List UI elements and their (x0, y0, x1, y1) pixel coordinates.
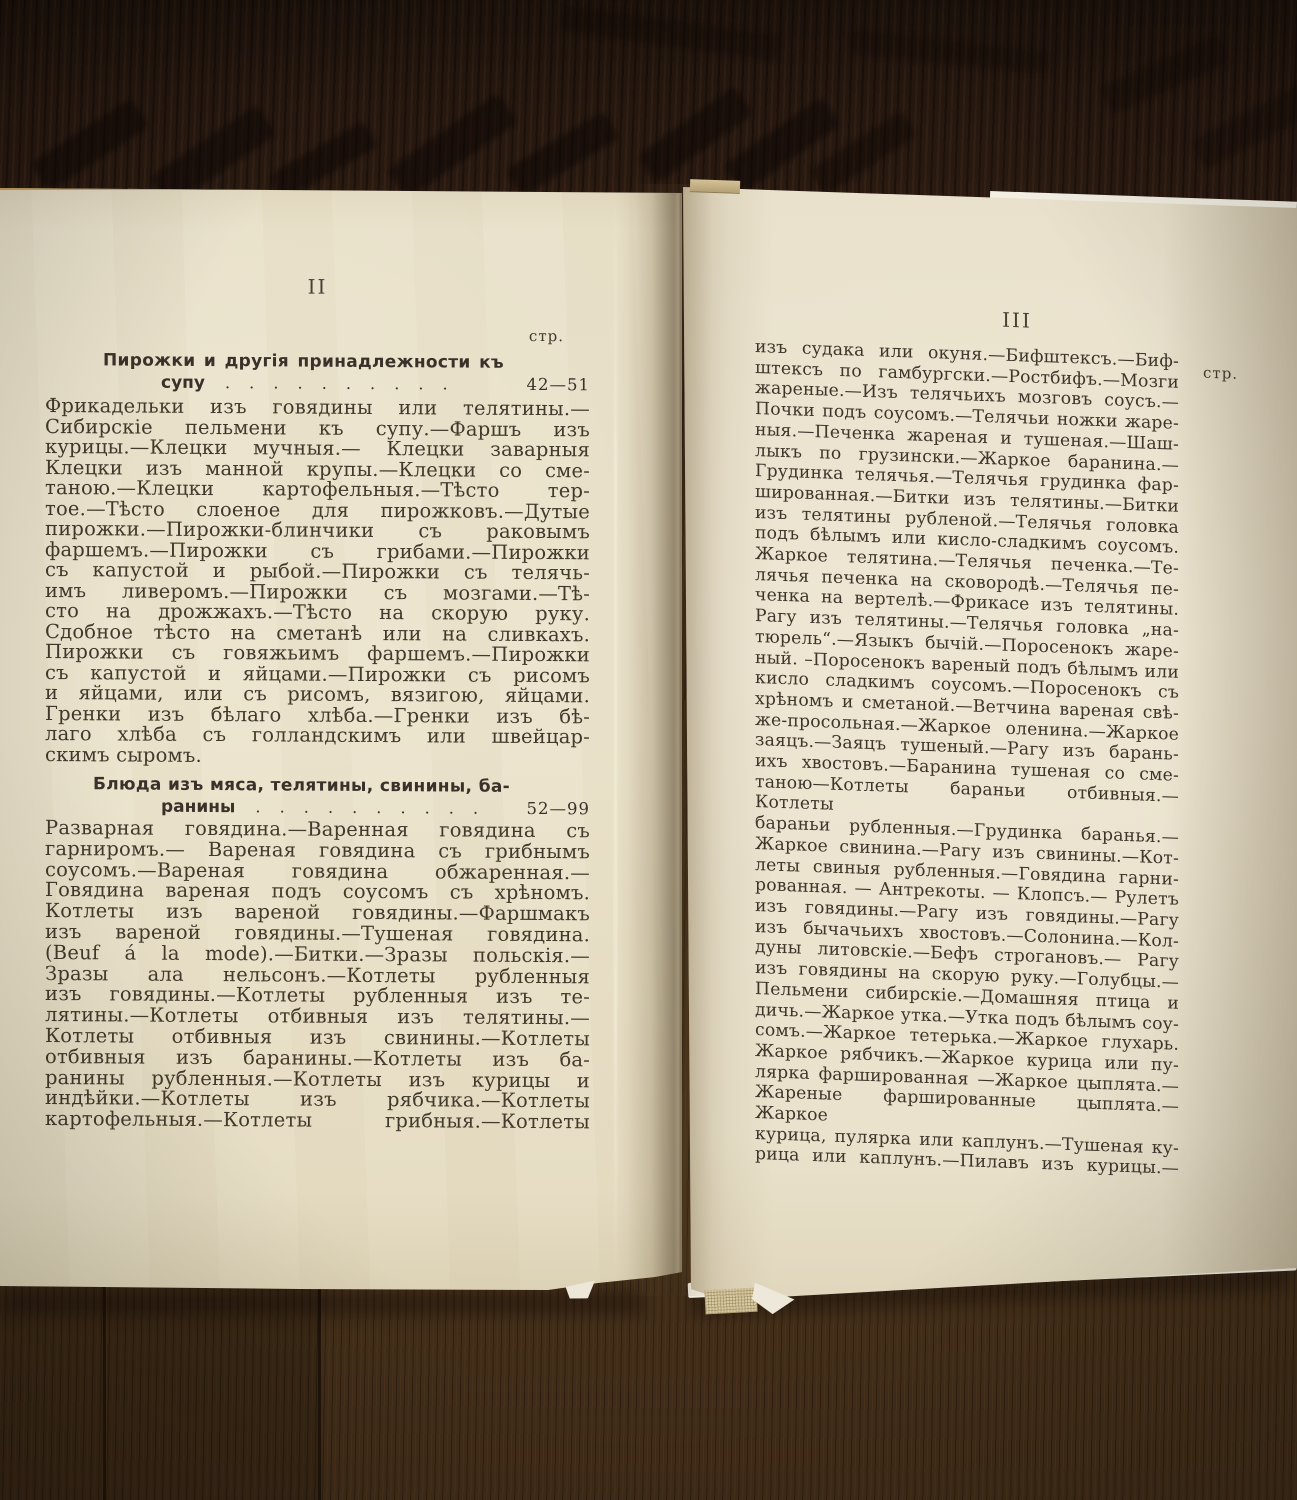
wood-grain-streak (30, 98, 149, 192)
right-page: III стр. изъ судака или окуня.—Бифштексъ… (678, 183, 1297, 1305)
wood-grain-streak (268, 121, 378, 202)
book-shadow (0, 1292, 645, 1314)
toc-lines: Фрикадельки изъ говядины или телятины.—С… (45, 396, 590, 748)
section-heading: Блюда изъ мяса, телятины, свинины, ба- (45, 772, 590, 799)
left-page: II стр. Пирожки и другія принадлежности … (0, 186, 682, 1294)
binding-gauze-cloth (704, 1288, 757, 1315)
page-column-label-left: стр. (529, 327, 564, 345)
section-heading-word: супу (161, 373, 205, 393)
wood-grain-streak (387, 93, 518, 200)
wood-grain-streak (505, 111, 620, 198)
binding-headband (690, 179, 740, 194)
toc-lines: Разварная говядина.—Варенная говядина съ… (45, 818, 590, 1133)
section-heading-word: ранины (161, 797, 235, 817)
wood-grain-streak (1100, 35, 1231, 115)
section-page-range: 42—51 (527, 375, 591, 394)
wood-grain-streak (1190, 81, 1297, 170)
open-book-photo: II стр. Пирожки и другія принадлежности … (0, 0, 1297, 1500)
leader-dots: . . . . . . . . . . (225, 373, 493, 394)
gutter-crease-line (680, 184, 682, 1296)
toc-line: скимъ сыромъ. (45, 745, 590, 769)
toc-lines: изъ судака или окуня.—Бифштексъ.—Биф-ште… (755, 337, 1179, 1180)
leader-dots: . . . . . . . . . . (255, 797, 492, 817)
right-page-text: III стр. изъ судака или окуня.—Бифштексъ… (755, 298, 1179, 1180)
wood-grain-streak (559, 5, 780, 61)
section-page-range: 52—99 (527, 799, 591, 818)
left-page-text: II стр. Пирожки и другія принадлежности … (45, 272, 590, 1133)
wood-grain-streak (849, 30, 1050, 75)
book-gutter-shadow (628, 184, 712, 1296)
toc-line: картофельныя.—Котлеты грибныя.—Котлеты (45, 1109, 590, 1133)
page-number-left: II (45, 272, 590, 301)
page-edge-shade (1162, 183, 1297, 1305)
section-heading: Пирожки и другія принадлежности къ (45, 348, 590, 375)
